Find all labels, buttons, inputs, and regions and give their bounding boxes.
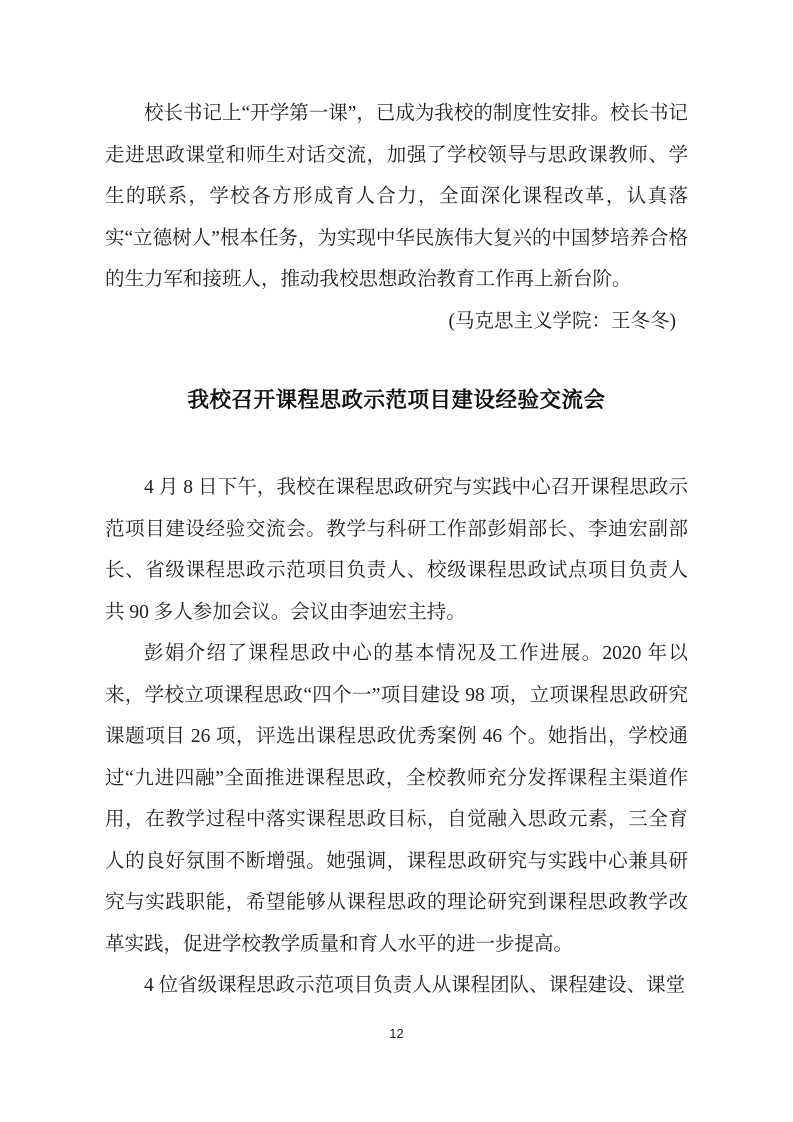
paragraph-project-leaders: 4 位省级课程思政示范项目负责人从课程团队、课程建设、课堂 bbox=[105, 965, 688, 1007]
attribution-line: (马克思主义学院：王冬冬) bbox=[105, 301, 688, 343]
paragraph-pengjuan-report: 彭娟介绍了课程思政中心的基本情况及工作进展。2020 年以来，学校立项课程思政“… bbox=[105, 633, 688, 965]
article-title: 我校召开课程思政示范项目建设经验交流会 bbox=[105, 375, 688, 425]
paragraph-meeting-overview: 4 月 8 日下午，我校在课程思政研究与实践中心召开课程思政示范项目建设经验交流… bbox=[105, 467, 688, 633]
page-number: 12 bbox=[389, 1026, 403, 1041]
intro-paragraph: 校长书记上“开学第一课”，已成为我校的制度性安排。校长书记走进思政课堂和师生对话… bbox=[105, 93, 688, 301]
page-body: 校长书记上“开学第一课”，已成为我校的制度性安排。校长书记走进思政课堂和师生对话… bbox=[105, 93, 688, 1007]
document-page: 校长书记上“开学第一课”，已成为我校的制度性安排。校长书记走进思政课堂和师生对话… bbox=[0, 0, 793, 1122]
page-footer: 12 bbox=[0, 1025, 793, 1043]
